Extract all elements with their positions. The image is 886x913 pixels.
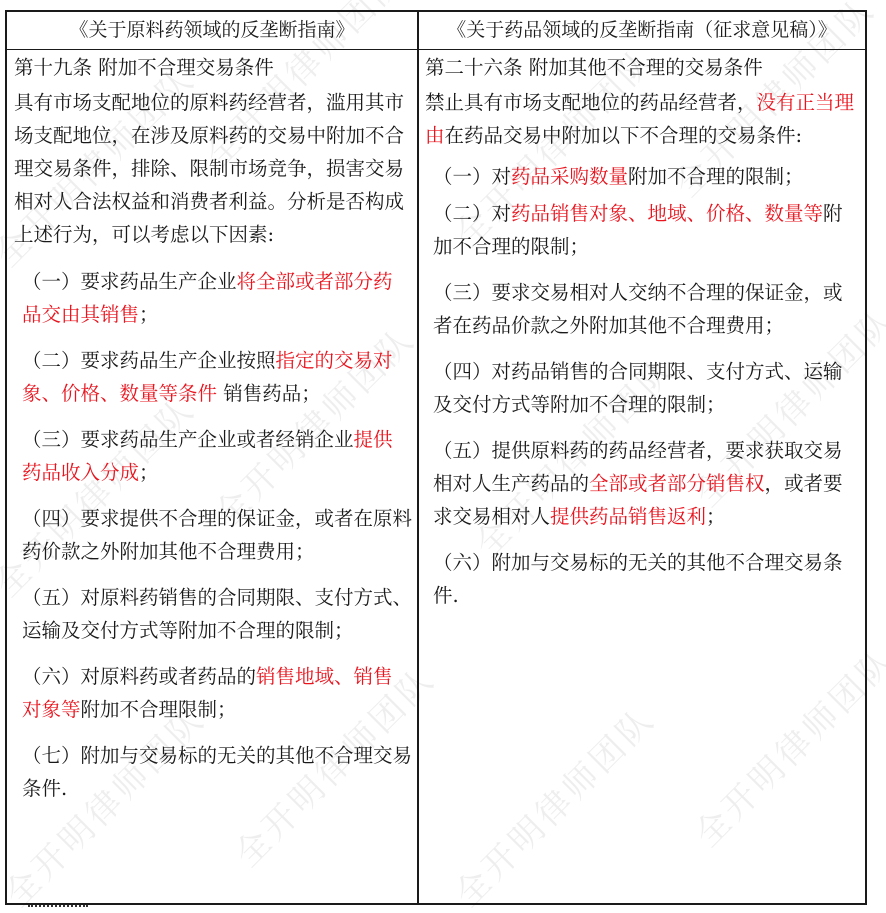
left-intro: 具有市场支配地位的原料药经营者，滥用其市场支配地位，在涉及原料药的交易中附加不合… bbox=[14, 86, 412, 251]
right-item-5: （五）提供原料药的药品经营者，要求获取交易相对人生产药品的全部或者部分销售权，或… bbox=[425, 434, 857, 533]
right-item-6: （六）附加与交易标的无关的其他不合理交易条件. bbox=[425, 546, 857, 612]
column-divider bbox=[417, 12, 419, 903]
right-item-4: （四）对药品销售的合同期限、支付方式、运输及交付方式等附加不合理的限制； bbox=[425, 355, 857, 421]
left-item-2: （二）要求药品生产企业按照指定的交易对象、价格、数量等条件 销售药品； bbox=[14, 344, 412, 410]
left-item-6: （六）对原料药或者药品的销售地域、销售对象等附加不合理限制； bbox=[14, 660, 412, 726]
left-item-3: （三）要求药品生产企业或者经销企业提供药品收入分成； bbox=[14, 423, 412, 489]
right-intro: 禁止具有市场支配地位的药品经营者，没有正当理由在药品交易中附加以下不合理的交易条… bbox=[425, 86, 857, 152]
right-item-2: （二）对药品销售对象、地域、价格、数量等附加不合理的限制； bbox=[425, 197, 857, 263]
highlight: 药品采购数量 bbox=[511, 165, 628, 188]
cropped-text-fragment bbox=[28, 905, 88, 913]
header-left-title: 《关于原料药领域的反垄断指南》 bbox=[7, 12, 417, 49]
left-item-5: （五）对原料药销售的合同期限、支付方式、运输及交付方式等附加不合理的限制； bbox=[14, 581, 412, 647]
highlight: 提供药品销售返利 bbox=[550, 505, 706, 528]
right-item-1: （一）对药品采购数量附加不合理的限制； bbox=[425, 160, 857, 193]
right-column-body: 第二十六条 附加其他不合理的交易条件 禁止具有市场支配地位的药品经营者，没有正当… bbox=[425, 51, 857, 612]
table-header-row: 《关于原料药领域的反垄断指南》 《关于药品领域的反垄断指南（征求意见稿）》 bbox=[7, 12, 865, 50]
comparison-table: 《关于原料药领域的反垄断指南》 《关于药品领域的反垄断指南（征求意见稿）》 第十… bbox=[5, 10, 867, 905]
left-column-body: 第十九条 附加不合理交易条件 具有市场支配地位的原料药经营者，滥用其市场支配地位… bbox=[14, 51, 412, 805]
left-item-4: （四）要求提供不合理的保证金，或者在原料药价款之外附加其他不合理费用； bbox=[14, 502, 412, 568]
highlight: 药品销售对象、地域、价格、数量等 bbox=[511, 202, 823, 225]
highlight: 全部或者部分销售权 bbox=[589, 472, 765, 495]
right-article-title: 第二十六条 附加其他不合理的交易条件 bbox=[425, 51, 857, 84]
header-right-title: 《关于药品领域的反垄断指南（征求意见稿）》 bbox=[419, 12, 865, 49]
left-item-7: （七）附加与交易标的无关的其他不合理交易条件. bbox=[14, 739, 412, 805]
right-item-3: （三）要求交易相对人交纳不合理的保证金，或者在药品价款之外附加其他不合理费用； bbox=[425, 276, 857, 342]
left-item-1: （一）要求药品生产企业将全部或者部分药品交由其销售； bbox=[14, 265, 412, 331]
left-article-title: 第十九条 附加不合理交易条件 bbox=[14, 51, 412, 84]
